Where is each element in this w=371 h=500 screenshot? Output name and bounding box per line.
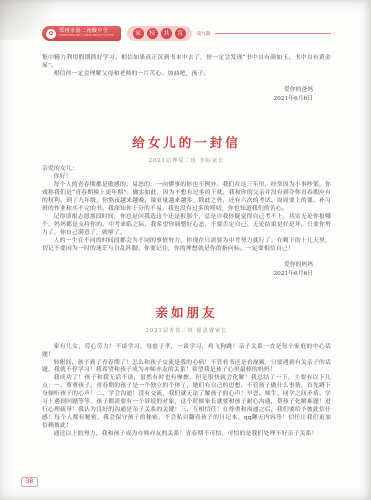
letter-greeting: 亲爱的女儿： xyxy=(42,166,331,174)
school-logo-icon: ✿ xyxy=(46,29,56,39)
signature-date: 2021年6月6日 xyxy=(42,270,313,279)
signature-block: 爱你的妈妈 2021年6月6日 xyxy=(42,261,331,278)
letter-paragraph: 集中精力利用假期抓好学习。相信如果真正沉到书本中去了，你一定会发现“书中自有颜如… xyxy=(42,55,331,71)
letter1-title: 给女儿的一封信 xyxy=(42,133,331,151)
letter1-body: 亲爱的女儿： 你好！ 每个人的青春期都是敏感的、易怒的，一向懂事的你也不例外。我… xyxy=(42,166,331,254)
scanned-page: ✿ 郑州市第二初级中学 ZHENGZHOU NO.2 JUNIOR MIDDLE… xyxy=(0,0,371,500)
signature-block: 爱你的爸妈 2021年6月6日 xyxy=(42,86,331,103)
letter2-body: 家有儿女，劳心劳力！不谈学习，母慈子孝，一谈学习，鸡飞狗跳！亲子关系一直是每个家… xyxy=(42,344,331,440)
school-name-en: ZHENGZHOU NO.2 JUNIOR MIDDLE SCHOOL xyxy=(59,35,114,38)
column-badge-icon: 共 xyxy=(161,28,172,39)
column-badge-icon: 家 xyxy=(133,28,144,39)
letter-paragraph: 记得填报志愿那段时间，你总是问我选这个还是报那个，总是自我怀疑觉得自己考不上。其… xyxy=(42,214,331,238)
signature-name: 爱你的爸妈 xyxy=(42,86,313,95)
letter-paragraph: 家有儿女，劳心劳力！不谈学习，母慈子孝，一谈学习，鸡飞狗跳！亲子关系一直是每个家… xyxy=(42,344,331,360)
column-badge-icon: 育 xyxy=(175,28,186,39)
letter-paragraph: 每个人的青春期都是敏感的、易怒的，一向懂事的你也不例外。我们在这三年里，经常因为… xyxy=(42,182,331,214)
page-number: 38 xyxy=(21,477,38,487)
letter-paragraph: 人的一生在不同的时间段都会为不同的事情努力，你现在只需要为中考努力就行了。在剩下… xyxy=(42,238,331,254)
issue-label: 第九期 xyxy=(197,31,211,37)
signature-date: 2021年6月6日 xyxy=(42,95,313,104)
column-badge-icon: 校 xyxy=(147,28,158,39)
school-ribbon: ✿ 郑州市第二初级中学 ZHENGZHOU NO.2 JUNIOR MIDDLE… xyxy=(42,26,121,41)
signature-name: 爱你的妈妈 xyxy=(42,261,313,270)
letter-paragraph: 相信你一定会理解父母和老师的一片苦心。加油吧，孩子。 xyxy=(42,71,331,79)
letter-paragraph: 转眼间，孩子到了青春期了！怎么和孩子交流是我的心病！不管看书还是看视频，只要遇到… xyxy=(42,360,331,376)
letter1-subtitle: 2021届博爱二班 李标家长 xyxy=(42,157,331,164)
letter-paragraph: 我成功了！孩子和我无话不谈，虽然有时也有摩擦，但是很快就会化解！我总结了一下，主… xyxy=(42,375,331,431)
column-badge-strip: 家 校 共 育 xyxy=(127,26,192,41)
page-sheet: ✿ 郑州市第二初级中学 ZHENGZHOU NO.2 JUNIOR MIDDLE… xyxy=(0,0,371,439)
letter2-subtitle: 2021届青春三班 翟思睿家长 xyxy=(42,327,331,334)
previous-letter-continuation: 集中精力利用假期抓好学习。相信如果真正沉到书本中去了，你一定会发现“书中自有颜如… xyxy=(42,55,331,79)
letter2-title: 亲如朋友 xyxy=(42,303,331,321)
letter-paragraph: 通过以上的努力，我和孩子成为亦师亦友的关系！青春期不可怕，可怕的是我们处理不好亲… xyxy=(42,431,331,439)
header-rule xyxy=(215,33,331,34)
school-name: 郑州市第二初级中学 ZHENGZHOU NO.2 JUNIOR MIDDLE S… xyxy=(59,29,114,37)
page-header: ✿ 郑州市第二初级中学 ZHENGZHOU NO.2 JUNIOR MIDDLE… xyxy=(42,26,331,41)
